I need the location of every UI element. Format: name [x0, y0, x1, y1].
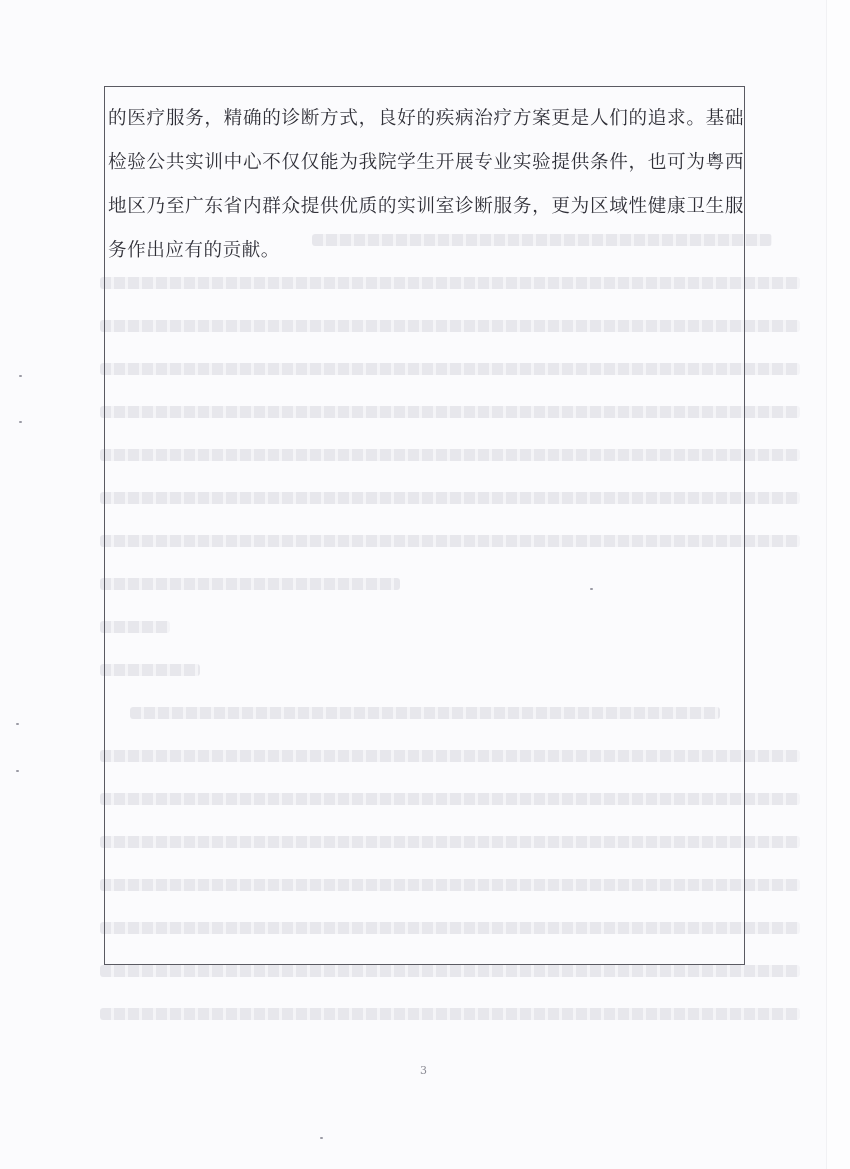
- body-line: 务作出应有的贡献。: [108, 229, 744, 273]
- scan-speck: [16, 723, 19, 725]
- page-number: 3: [420, 1064, 427, 1077]
- scan-speck: [19, 421, 22, 423]
- scan-edge: [826, 0, 850, 1169]
- scan-speck: [16, 770, 19, 772]
- body-line: 的医疗服务，精确的诊断方式，良好的疾病治疗方案更是人们的追求。基础: [108, 97, 744, 141]
- scan-speck: [590, 588, 593, 590]
- body-line: 检验公共实训中心不仅仅能为我院学生开展专业实验提供条件，也可为粤西: [108, 141, 744, 185]
- body-line: 地区乃至广东省内群众提供优质的实训室诊断服务，更为区域性健康卫生服: [108, 185, 744, 229]
- scan-speck: [320, 1137, 323, 1139]
- document-body: 的医疗服务，精确的诊断方式，良好的疾病治疗方案更是人们的追求。基础 检验公共实训…: [108, 97, 744, 273]
- document-frame: 的医疗服务，精确的诊断方式，良好的疾病治疗方案更是人们的追求。基础 检验公共实训…: [104, 86, 745, 965]
- scan-speck: [19, 375, 22, 377]
